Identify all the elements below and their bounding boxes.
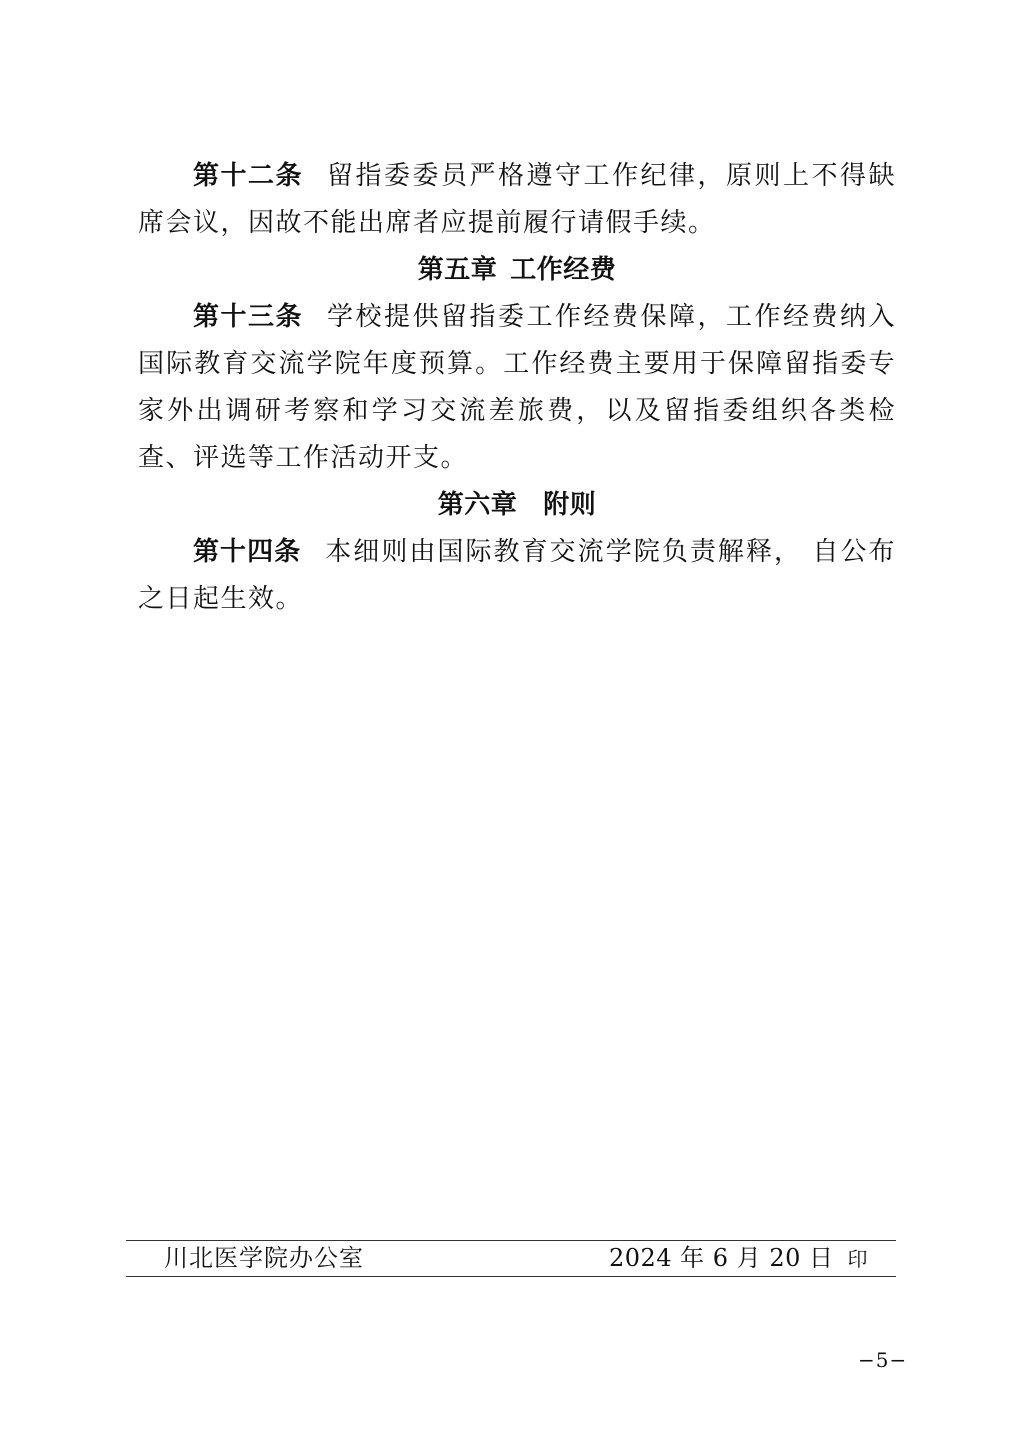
issuer-name: 川北医学院办公室 (164, 1241, 364, 1275)
article-number: 第十四条 (193, 537, 301, 567)
chapter-5-heading: 第五章工作经费 (138, 247, 896, 294)
issuance-footer: 川北医学院办公室 2024 年 6 月 20 日印 (126, 1240, 896, 1277)
article-12: 第十二条留指委委员严格遵守工作纪律，原则上不得缺席会议，因故不能出席者应提前履行… (138, 153, 896, 247)
issue-date: 2024 年 6 月 20 日 (609, 1244, 834, 1272)
article-14: 第十四条本细则由国际教育交流学院负责解释， 自公布之日起生效。 (138, 529, 896, 623)
chapter-6-heading: 第六章附则 (138, 482, 896, 529)
article-13: 第十三条学校提供留指委工作经费保障，工作经费纳入国际教育交流学院年度预算。工作经… (138, 294, 896, 482)
chapter-number: 第五章 (418, 255, 498, 285)
chapter-number: 第六章 (438, 490, 518, 520)
issue-date-line: 2024 年 6 月 20 日印 (609, 1241, 868, 1276)
page-number: −5− (858, 1348, 907, 1372)
article-number: 第十三条 (193, 302, 303, 332)
print-label: 印 (848, 1247, 869, 1271)
article-number: 第十二条 (193, 161, 303, 191)
chapter-title: 附则 (543, 490, 596, 520)
chapter-title: 工作经费 (510, 255, 616, 285)
document-body: 第十二条留指委委员严格遵守工作纪律，原则上不得缺席会议，因故不能出席者应提前履行… (138, 153, 896, 623)
